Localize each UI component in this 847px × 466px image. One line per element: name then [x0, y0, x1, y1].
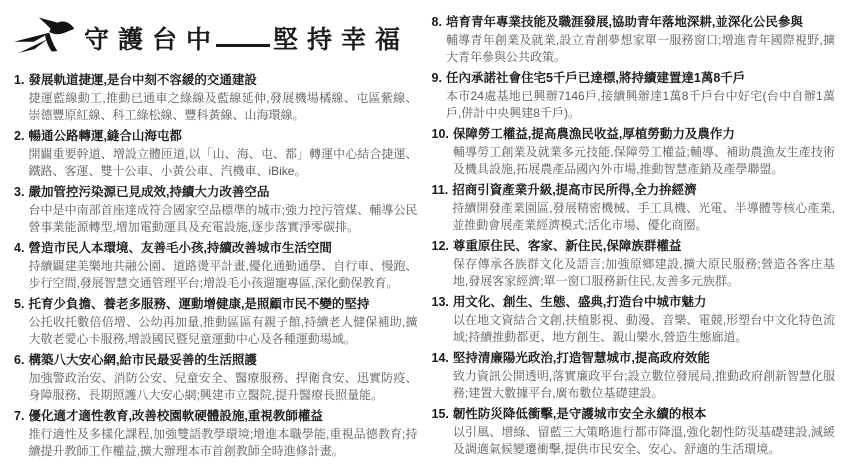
policy-item-number: 12.: [432, 238, 449, 289]
policy-item-title: 托育少負擔、養老多服務、運動增健康,是照顧市民不變的堅持: [28, 296, 417, 313]
policy-item-body: 推行適性及多樣化課程,加強雙語教學環境;增進本職學能,重視品德教育;持續提升教師…: [28, 426, 417, 459]
policy-item-body: 以在地文資結合文創,扶植影視、動漫、音樂、電競,形塑台中文化特色流域;持續推動都…: [453, 312, 835, 345]
policy-item-body: 本市24處基地已興辦7146戶,接續興辦達1萬8千戶台中好宅(台中自辦1萬戶,併…: [446, 88, 835, 121]
policy-item-number: 9.: [432, 70, 442, 121]
policy-item-body: 加強警政治安、消防公安、兒童安全、醫療服務、捍衛食安、迅實防疫、身障服務、長期照…: [28, 370, 417, 403]
policy-item: 1. 發展軌道捷運,是台中刻不容緩的交通建設 捷運藍線動工,推動已通車之綠線及藍…: [14, 72, 418, 123]
policy-item-title: 暢通公路轉運,縫合山海屯都: [28, 128, 417, 145]
policy-item-content: 暢通公路轉運,縫合山海屯都 開闢重要幹道、增設立體匝道,以「山、海、屯、都」轉運…: [28, 128, 417, 179]
policy-item-body: 以引風、增綠、留藍三大策略進行都市降溫,強化韌性防災基礎建設,減緩及調適氣候變遷…: [453, 424, 835, 457]
flyer-header: 守護台中 堅持幸福: [14, 14, 418, 62]
policy-item-number: 2.: [14, 128, 24, 179]
policy-item-content: 任內承諾社會住宅5千戶已達標,將持續建置達1萬8千戶 本市24處基地已興辦714…: [446, 70, 835, 121]
policy-item-body: 開闢重要幹道、增設立體匝道,以「山、海、屯、都」轉運中心結合捷運、鐵路、客運、雙…: [28, 146, 417, 179]
policy-item-content: 營造市民人本環境、友善毛小孩,持續改善城市生活空間 持續闢建美樂地共融公園、道路…: [28, 240, 417, 291]
policy-item-title: 招商引資產業升級,提高市民所得,全力拚經濟: [452, 182, 835, 199]
policy-item-number: 10.: [432, 126, 449, 177]
policy-item-title: 培育青年專業技能及職涯發展,協助青年落地深耕,並深化公民參與: [446, 14, 835, 31]
policy-item-title: 構築八大安心網,給市民最妥善的生活照護: [28, 352, 417, 369]
policy-item: 2. 暢通公路轉運,縫合山海屯都 開闢重要幹道、增設立體匝道,以「山、海、屯、都…: [14, 128, 418, 179]
policy-item: 10. 保障勞工權益,提高農漁民收益,厚植勞動力及農作力 輔導勞工創業及就業多元…: [432, 126, 836, 177]
policy-item-number: 8.: [432, 14, 442, 65]
policy-item-content: 嚴加管控污染源已見成效,持續大力改善空品 台中是中南部首座達成符合國家空品標準的…: [28, 184, 417, 235]
policy-item-body: 台中是中南部首座達成符合國家空品標準的城市;強力控污管煤、輔導公民營事業能源轉型…: [28, 202, 417, 235]
policy-item-title: 用文化、創生、生態、盛典,打造台中城市魅力: [453, 294, 835, 311]
policy-item-content: 優化適才適性教育,改善校園軟硬體設施,重視教師權益 推行適性及多樣化課程,加強雙…: [28, 408, 417, 459]
policy-item-number: 14.: [432, 350, 449, 401]
policy-item-content: 保障勞工權益,提高農漁民收益,厚植勞動力及農作力 輔導勞工創業及就業多元技能,保…: [453, 126, 835, 177]
title-divider-line: [216, 44, 270, 47]
left-column: 守護台中 堅持幸福 1. 發展軌道捷運,是台中刻不容緩的交通建設 捷運藍線動工,…: [14, 12, 418, 466]
policy-item-content: 招商引資產業升級,提高市民所得,全力拚經濟 持續開發產業園區,發展精密機械、手工…: [452, 182, 835, 233]
policy-item-title: 發展軌道捷運,是台中刻不容緩的交通建設: [28, 72, 417, 89]
policy-item-number: 15.: [432, 406, 449, 457]
policy-item-content: 韌性防災降低衝擊,是守護城市安全永續的根本 以引風、增綠、留藍三大策略進行都市降…: [453, 406, 835, 457]
policy-item: 11. 招商引資產業升級,提高市民所得,全力拚經濟 持續開發產業園區,發展精密機…: [432, 182, 836, 233]
right-column: 8. 培育青年專業技能及職涯發展,協助青年落地深耕,並深化公民參與 輔導青年創業…: [432, 12, 836, 466]
policy-item-body: 公托收托數倍倍增、公幼再加量,推動區區有親子館,持續老人健保補助,擴大敬老愛心卡…: [28, 314, 417, 347]
policy-item-content: 構築八大安心網,給市民最妥善的生活照護 加強警政治安、消防公安、兒童安全、醫療服…: [28, 352, 417, 403]
policy-item-body: 保存傳承各族群文化及語言;加強原鄉建設,擴大原民服務;營造各客庄基地,發展客家經…: [453, 256, 835, 289]
policy-item-title: 韌性防災降低衝擊,是守護城市安全永續的根本: [453, 406, 835, 423]
flyer-title-right: 堅持幸福: [273, 20, 409, 56]
policy-item-body: 輔導青年創業及就業,設立青創夢想家單一服務窗口;增進青年國際視野,擴大青年參與公…: [446, 32, 835, 65]
policy-item: 8. 培育青年專業技能及職涯發展,協助青年落地深耕,並深化公民參與 輔導青年創業…: [432, 14, 836, 65]
policy-item-body: 捷運藍線動工,推動已通車之綠線及藍線延伸,發展機場橘線、屯區紫線、崇德豐原紅線、…: [28, 90, 417, 123]
policy-flyer: 守護台中 堅持幸福 1. 發展軌道捷運,是台中刻不容緩的交通建設 捷運藍線動工,…: [0, 0, 847, 466]
policy-item-body: 輔導勞工創業及就業多元技能,保障勞工權益;輔導、補助農漁友生產技術及機具設施,拓…: [453, 144, 835, 177]
policy-item-title: 營造市民人本環境、友善毛小孩,持續改善城市生活空間: [28, 240, 417, 257]
policy-item: 6. 構築八大安心網,給市民最妥善的生活照護 加強警政治安、消防公安、兒童安全、…: [14, 352, 418, 403]
policy-item-content: 培育青年專業技能及職涯發展,協助青年落地深耕,並深化公民參與 輔導青年創業及就業…: [446, 14, 835, 65]
policy-item-number: 4.: [14, 240, 24, 291]
policy-item-title: 保障勞工權益,提高農漁民收益,厚植勞動力及農作力: [453, 126, 835, 143]
policy-item-number: 5.: [14, 296, 24, 347]
policy-item-content: 托育少負擔、養老多服務、運動增健康,是照顧市民不變的堅持 公托收托數倍倍增、公幼…: [28, 296, 417, 347]
policy-item: 3. 嚴加管控污染源已見成效,持續大力改善空品 台中是中南部首座達成符合國家空品…: [14, 184, 418, 235]
policy-item-number: 7.: [14, 408, 24, 459]
policy-item-title: 優化適才適性教育,改善校園軟硬體設施,重視教師權益: [28, 408, 417, 425]
flyer-title: 守護台中 堅持幸福: [84, 20, 409, 56]
policy-item-body: 持續開發產業園區,發展精密機械、手工具機、光電、半導體等核心產業,並推動會展產業…: [452, 200, 835, 233]
flyer-title-left: 守護台中: [84, 20, 220, 56]
policy-item: 15. 韌性防災降低衝擊,是守護城市安全永續的根本 以引風、增綠、留藍三大策略進…: [432, 406, 836, 457]
policy-item: 13. 用文化、創生、生態、盛典,打造台中城市魅力 以在地文資結合文創,扶植影視…: [432, 294, 836, 345]
policy-item-title: 尊重原住民、客家、新住民,保障族群權益: [453, 238, 835, 255]
policy-item-number: 3.: [14, 184, 24, 235]
policy-item-title: 任內承諾社會住宅5千戶已達標,將持續建置達1萬8千戶: [446, 70, 835, 87]
policy-item: 7. 優化適才適性教育,改善校園軟硬體設施,重視教師權益 推行適性及多樣化課程,…: [14, 408, 418, 459]
policy-item-body: 致力資訊公開透明,落實廉政平台;設立數位發展局,推動政府創新智慧化服務;建置大數…: [453, 368, 835, 401]
policy-item-number: 1.: [14, 72, 24, 123]
policy-item-content: 用文化、創生、生態、盛典,打造台中城市魅力 以在地文資結合文創,扶植影視、動漫、…: [453, 294, 835, 345]
policy-item: 12. 尊重原住民、客家、新住民,保障族群權益 保存傳承各族群文化及語言;加強原…: [432, 238, 836, 289]
policy-item-body: 持續闢建美樂地共融公園、道路燙平計畫,優化通勤通學、自行車、慢跑、步行空間,發展…: [28, 258, 417, 291]
policy-item-content: 堅持清廉陽光政治,打造智慧城市,提高政府效能 致力資訊公開透明,落實廉政平台;設…: [453, 350, 835, 401]
swallow-logo-icon: [14, 15, 76, 61]
policy-item-number: 13.: [432, 294, 449, 345]
policy-item-number: 6.: [14, 352, 24, 403]
policy-item: 5. 托育少負擔、養老多服務、運動增健康,是照顧市民不變的堅持 公托收托數倍倍增…: [14, 296, 418, 347]
policy-item-content: 尊重原住民、客家、新住民,保障族群權益 保存傳承各族群文化及語言;加強原鄉建設,…: [453, 238, 835, 289]
policy-item-number: 11.: [432, 182, 449, 233]
policy-item: 4. 營造市民人本環境、友善毛小孩,持續改善城市生活空間 持續闢建美樂地共融公園…: [14, 240, 418, 291]
policy-item: 9. 任內承諾社會住宅5千戶已達標,將持續建置達1萬8千戶 本市24處基地已興辦…: [432, 70, 836, 121]
policy-item: 14. 堅持清廉陽光政治,打造智慧城市,提高政府效能 致力資訊公開透明,落實廉政…: [432, 350, 836, 401]
policy-item-title: 嚴加管控污染源已見成效,持續大力改善空品: [28, 184, 417, 201]
policy-item-content: 發展軌道捷運,是台中刻不容緩的交通建設 捷運藍線動工,推動已通車之綠線及藍線延伸…: [28, 72, 417, 123]
policy-item-title: 堅持清廉陽光政治,打造智慧城市,提高政府效能: [453, 350, 835, 367]
